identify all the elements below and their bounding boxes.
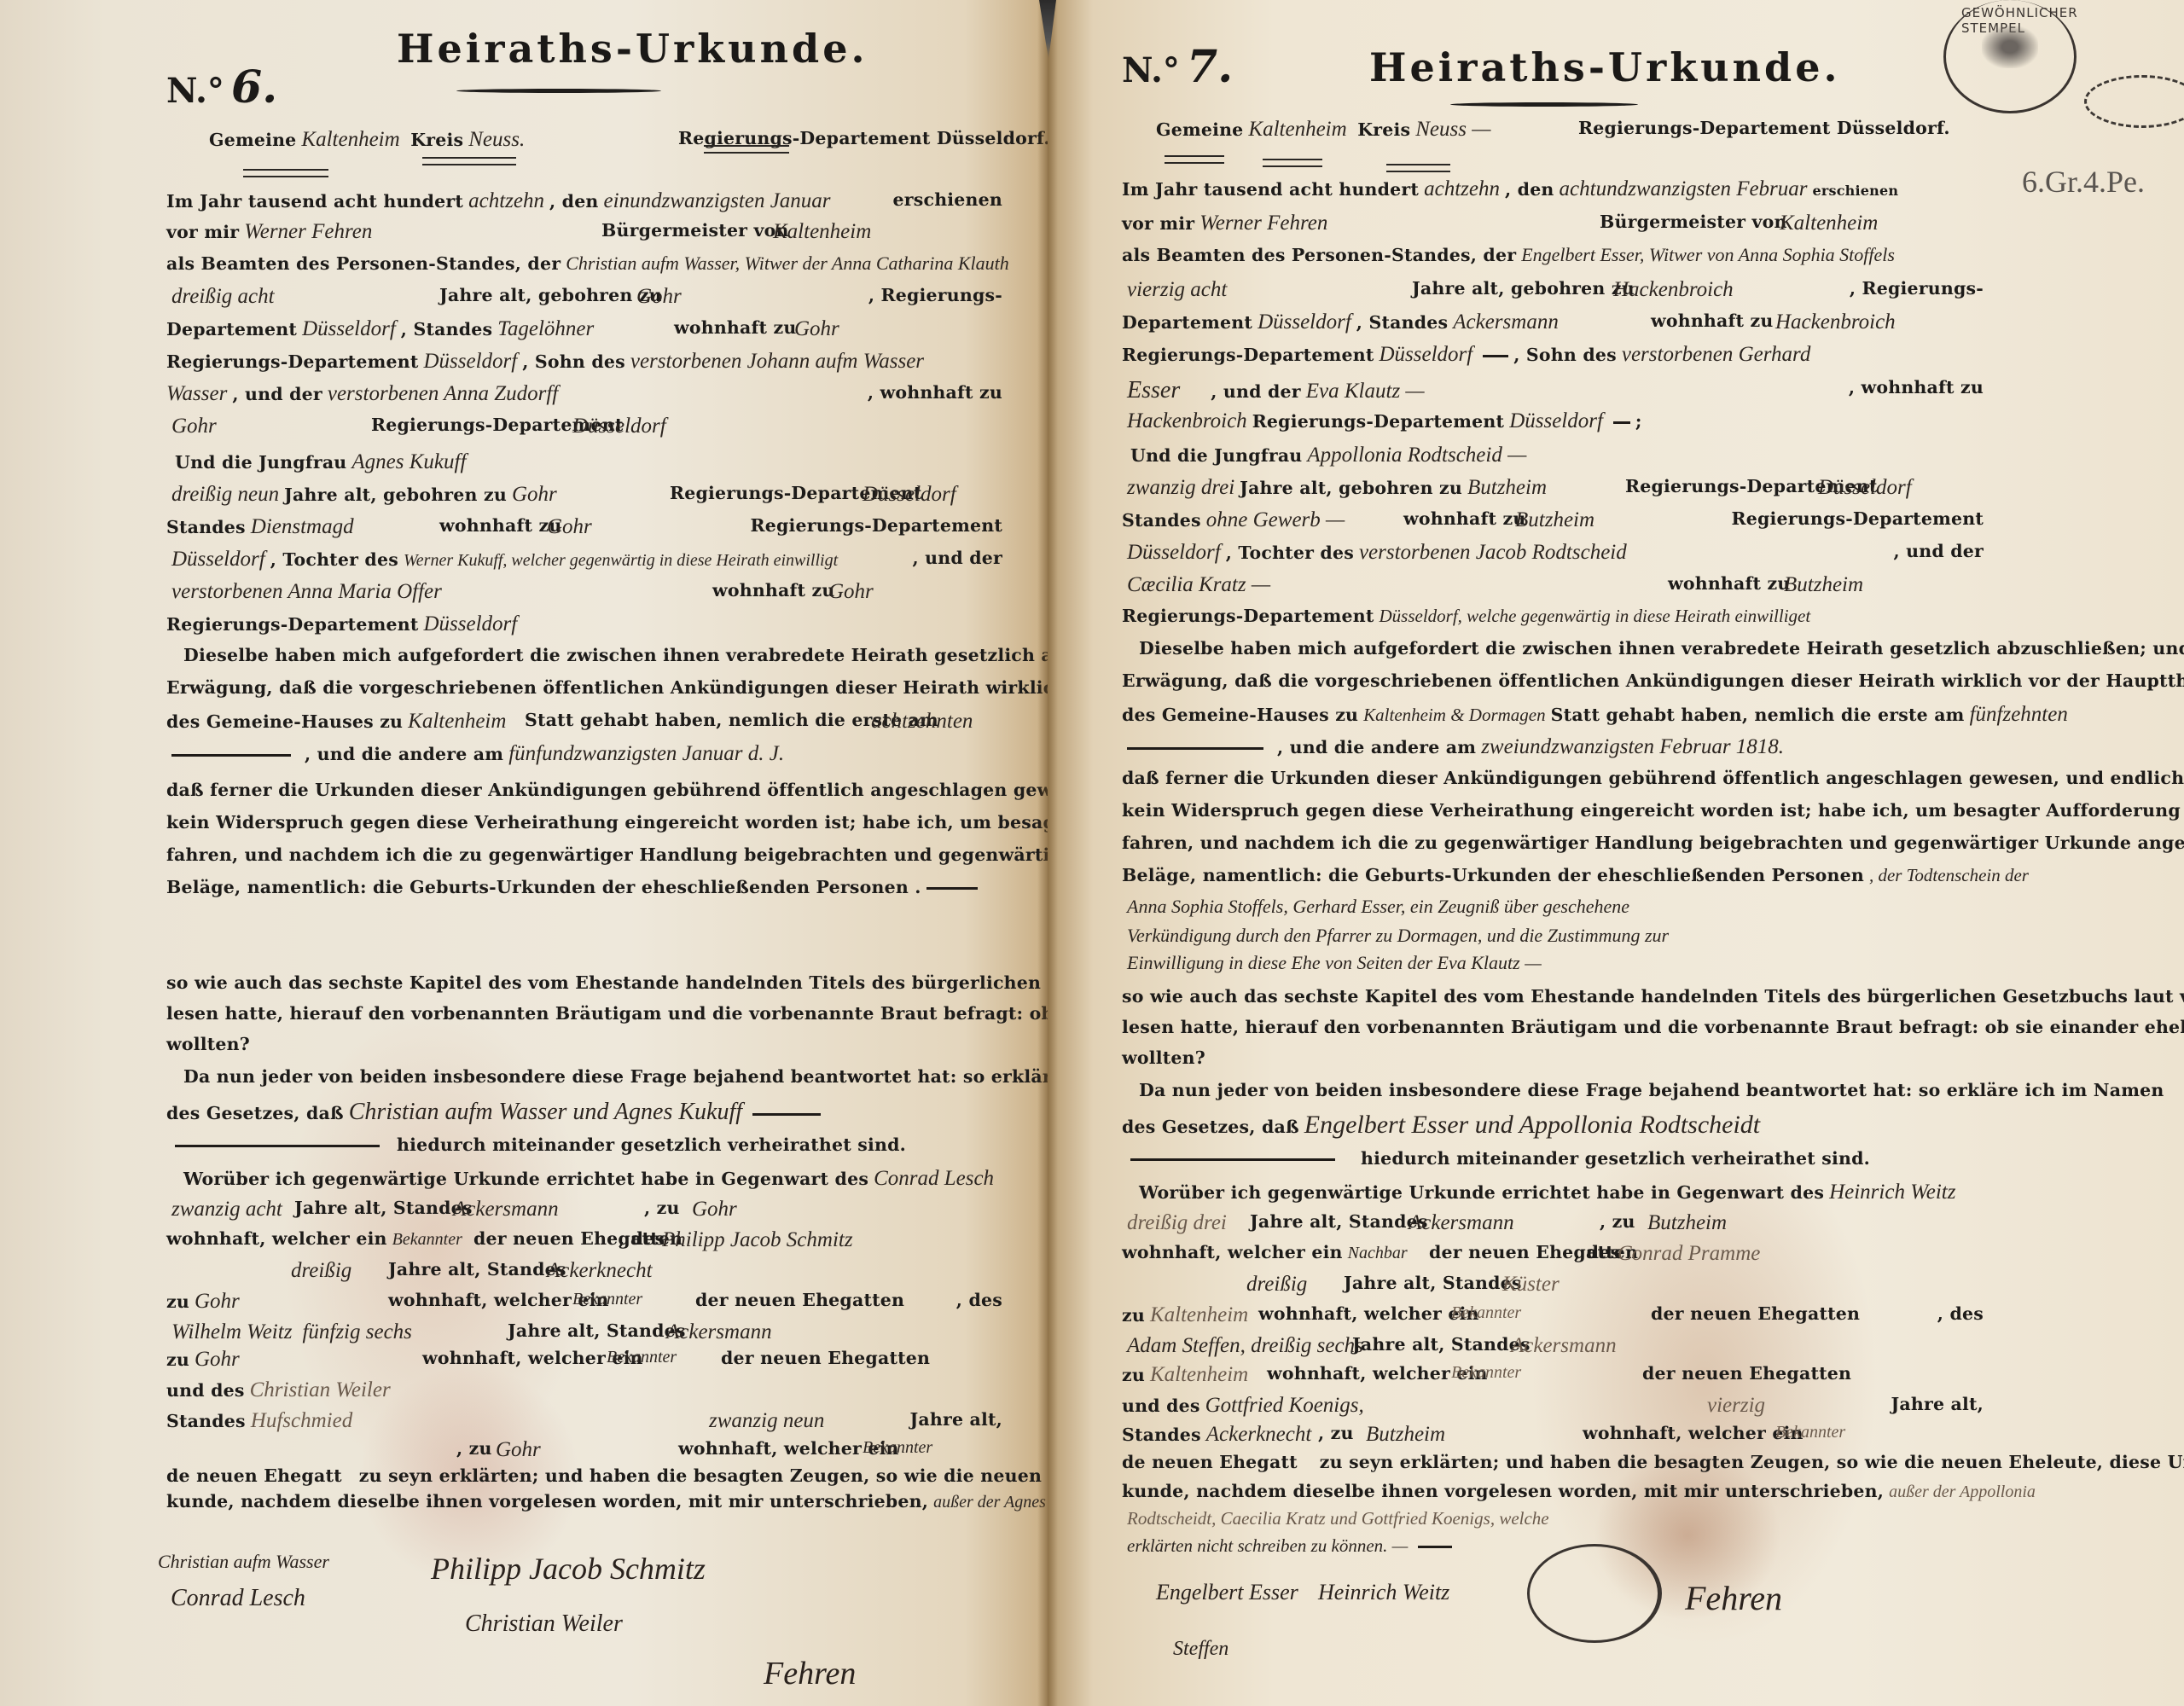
signature-witness-1: Conrad Lesch (171, 1585, 305, 1612)
title-rule (456, 89, 661, 93)
signature-witness-2: Philipp Jacob Schmitz (431, 1551, 706, 1587)
witness-4: und desGottfried Koenigs,vierzigJahre al… (1122, 1394, 1984, 1418)
secondary-stamp (2084, 75, 2184, 128)
stamp-fee: 6.Gr.4.Pe. (2022, 164, 2145, 200)
signature-witness-4: Christian Weiler (465, 1610, 623, 1638)
gemeinde-line: GemeineKaltenheim KreisNeuss. Regierungs… (166, 128, 1002, 152)
certificate-number: N.°7. (1122, 41, 1233, 93)
signature-mayor: Fehren (764, 1655, 856, 1692)
seal-flourish (1527, 1544, 1662, 1643)
certificate-number: N.°6. (166, 61, 277, 113)
signature-witness-3: Steffen (1173, 1638, 1228, 1661)
gemeinde-line: GemeineKaltenheim KreisNeuss — Regierung… (1122, 118, 1984, 142)
eagle-icon (1982, 26, 2038, 68)
book-gutter (1037, 0, 1058, 1706)
witness-1: dreißig dreiJahre alt, StandesAckersmann… (1122, 1211, 1984, 1235)
title-rule (1450, 102, 1638, 107)
register-spread: N.°6. Heiraths-Urkunde. GemeineKaltenhei… (0, 0, 2184, 1706)
signature-groom: Christian aufm Wasser (158, 1551, 329, 1573)
signature-witness-1: Heinrich Weitz (1318, 1580, 1449, 1605)
signature-groom: Engelbert Esser (1156, 1580, 1298, 1605)
certificate-title: Heiraths-Urkunde. (397, 26, 868, 72)
witness-4: und desChristian Weiler (166, 1378, 1002, 1402)
official-seal-stamp: GEWÖHNLICHER STEMPEL (1943, 0, 2077, 113)
witness-3: Adam Steffen, dreißig sechsJahre alt, St… (1122, 1334, 1984, 1358)
witness-1: zwanzig achtJahre alt, StandesAckersmann… (166, 1198, 1002, 1221)
left-page: N.°6. Heiraths-Urkunde. GemeineKaltenhei… (0, 0, 1048, 1706)
certificate-title: Heiraths-Urkunde. (1369, 44, 1840, 90)
witness-3: Wilhelm Weitzfünfzig sechsJahre alt, Sta… (166, 1320, 1002, 1344)
right-page: GEWÖHNLICHER STEMPEL 6.Gr.4.Pe. N.°7. He… (1048, 0, 2184, 1706)
signature-mayor: Fehren (1685, 1578, 1782, 1618)
